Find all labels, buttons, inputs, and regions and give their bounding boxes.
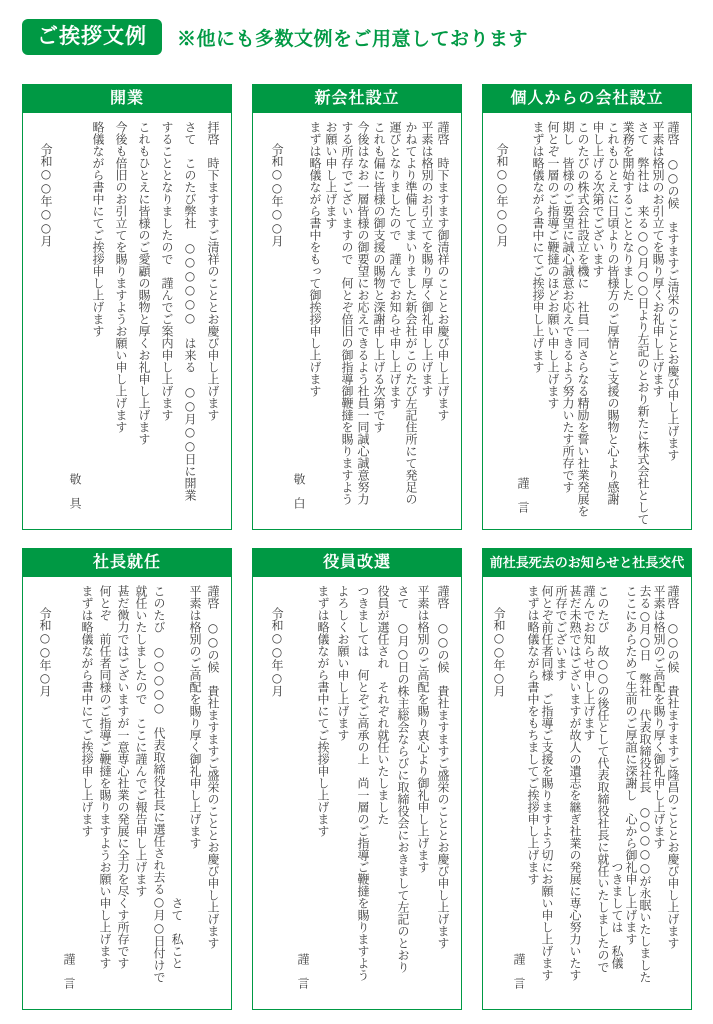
letter-text-line: まずは略儀ながら書中にてご挨拶申し上げます bbox=[316, 585, 329, 837]
letter-example-card: 前社長死去のお知らせと社長交代 謹啓 ○○の候 貴社ますますご隆昌のこととお慶び… bbox=[482, 548, 692, 1010]
letter-text-line: 業務を開始することとなりました bbox=[621, 121, 634, 301]
letter-text-line: つきましては 何とぞご高承の上 尚一層のご指導ご鞭撻を賜りますよう bbox=[356, 585, 369, 981]
letter-example-card: 新会社設立 謹啓 時下ますます御清祥のこととお慶び申し上げます平素は格別のお引立… bbox=[252, 84, 462, 530]
letter-example-card: 社長就任 謹啓 ○○の候 貴社ますますご盛栄のこととお慶び申し上げます平素は格別… bbox=[22, 548, 232, 1010]
letter-text-line: このたび 故○○の後任として代表取締役社長に就任いたしましたので bbox=[596, 585, 609, 973]
card-title: 社長就任 bbox=[23, 549, 231, 577]
letter-text-line: 拝啓 時下ますますご清祥のこととお慶び申し上げます bbox=[206, 121, 219, 421]
letter-date-line: 令和○○年○○月 bbox=[495, 121, 508, 247]
letter-text-line: まずは略儀ながら書中にてご挨拶申し上げます bbox=[80, 585, 93, 837]
letter-text-line: する所存でございますので 何とぞ倍旧の御指導御鞭撻を賜りますよう bbox=[340, 121, 353, 505]
letter-text-line: まずは略儀ながら書中にてご挨拶申し上げます bbox=[531, 121, 544, 373]
letter-date-line: 令和○○年○月 bbox=[492, 585, 505, 697]
letter-text-line: 期し 皆様のご要望に誠心誠意お応えできるよう努力いたす所存です bbox=[561, 121, 574, 493]
letter-text-line: さて 私こと bbox=[170, 897, 183, 1001]
letter-text-line: 甚だ未熟ではございますが故人の遺志を継ぎ社業の発展に専心努力いたす bbox=[568, 585, 581, 981]
letter-text-line: さて ○月○日の株主総会ならびに取締役会におきまして左記のとおり bbox=[396, 585, 409, 973]
letter-text-line: つきましては 私儀 bbox=[610, 861, 623, 1001]
card-body: 謹啓 時下ますます御清祥のこととお慶び申し上げます平素は格別のお引立てを賜り厚く… bbox=[253, 113, 461, 529]
letter-text-line: これもひとえに皆様のご愛顧の賜物と厚くお礼申し上げます bbox=[137, 121, 150, 445]
card-title: 開業 bbox=[23, 85, 231, 113]
letter-text-line: 運びとなりましたので 謹んでお知らせ申し上げます bbox=[388, 121, 401, 409]
card-title: 前社長死去のお知らせと社長交代 bbox=[483, 549, 691, 577]
letter-example-card: 個人からの会社設立 謹啓 ○○の候 ますますご清栄のこととお慶び申し上げます平素… bbox=[482, 84, 692, 530]
letter-date-line: 令和○○年○○月 bbox=[270, 121, 283, 247]
letter-text-line: さて 弊社は 来る○○月○○日より左記のとおり新たに株式会社として bbox=[636, 121, 649, 525]
letter-text-line: 謹啓 ○○の候 貴社ますますご隆昌のこととお慶び申し上げます bbox=[666, 585, 679, 949]
letter-example-card: 開業 拝啓 時下ますますご清祥のこととお慶び申し上げますさて このたび弊社 ○○… bbox=[22, 84, 232, 530]
card-title: 個人からの会社設立 bbox=[483, 85, 691, 113]
letter-text-line: 略儀ながら書中にてご挨拶申し上げます bbox=[91, 121, 104, 337]
letter-examples-grid: 開業 拝啓 時下ますますご清祥のこととお慶び申し上げますさて このたび弊社 ○○… bbox=[22, 84, 691, 1010]
letter-text-line: 就任いたしましたので ここに謹んでご報告申し上げます bbox=[134, 585, 147, 897]
letter-text-line: 平素は格別のご高配を賜り衷心より御礼申し上げます bbox=[416, 585, 429, 873]
letter-text-line: 謹啓 ○○の候 貴社ますますご盛栄のこととお慶び申し上げます bbox=[206, 585, 219, 949]
letter-text-line: 申し上げる次第でございます bbox=[591, 121, 604, 277]
card-title: 新会社設立 bbox=[253, 85, 461, 113]
letter-text-line: まずは略儀ながら書中をもちましてご挨拶申し上げます bbox=[526, 585, 539, 885]
card-body: 謹啓 ○○の候 ますますご清栄のこととお慶び申し上げます平素は格別のお引立てを賜… bbox=[483, 113, 691, 533]
letter-text-line: よろしくお願い申し上げます bbox=[336, 585, 349, 741]
letter-text-line: これもひとえに日頃よりの皆様方のご厚情とご支援の賜物と心より感謝 bbox=[606, 121, 619, 505]
letter-closing-line: 敬 具 bbox=[68, 473, 81, 521]
letter-text-line: さて このたび弊社 ○○○○○○ は来る ○○月○○日に開業 bbox=[183, 121, 196, 501]
letter-text-line: 平素は格別のお引立てを賜り厚くお礼申し上げます bbox=[651, 121, 664, 397]
letter-text-line: 去る○月○日 弊社 代表取締役社長 ○○○○○が永眠いたしました bbox=[638, 585, 651, 983]
letter-date-line: 令和○○年○月 bbox=[38, 585, 51, 697]
card-body: 謹啓 ○○の候 貴社ますますご盛栄のこととお慶び申し上げます平素は格別のご高配を… bbox=[253, 577, 461, 1009]
letter-text-line: 何とぞ前任者同様 ご指導ご支援を賜りますよう切にお願い申し上げます bbox=[540, 585, 553, 981]
letter-text-line: このたびの株式会社設立を機に 社員一同さらなる精励を誓い社業発展を bbox=[576, 121, 589, 517]
letter-text-line: することとなりましたので 謹んでご案内申し上げます bbox=[160, 121, 173, 421]
card-title: 役員改選 bbox=[253, 549, 461, 577]
letter-closing-line: 謹 言 bbox=[516, 477, 529, 525]
letter-date-line: 令和○○年○月 bbox=[270, 585, 283, 697]
letter-date-line: 令和○○年○○月 bbox=[39, 121, 52, 247]
letter-text-line: 役員が選任され それぞれ就任いたしました bbox=[376, 585, 389, 825]
page-title-badge: ご挨拶文例 bbox=[22, 19, 162, 55]
letter-text-line: ここにあらためて生前のご厚誼に深謝し 心から御礼申し上げます bbox=[624, 585, 637, 945]
letter-text-line: 平素は格別のお引立てを賜り厚く御礼申し上げます bbox=[420, 121, 433, 397]
letter-text-line: 謹んでお知らせ申し上げます bbox=[582, 585, 595, 741]
letter-text-line: このたび ○○○○○ 代表取締役社長に選任され去る○月○日付けで bbox=[152, 585, 165, 983]
letter-text-line: かねてより準備してまいりました新会社がこのたび左記住所にて発足の bbox=[404, 121, 417, 505]
page-note: ※他にも多数文例をご用意しております bbox=[177, 24, 528, 51]
letter-example-card: 役員改選 謹啓 ○○の候 貴社ますますご盛栄のこととお慶び申し上げます平素は格別… bbox=[252, 548, 462, 1010]
letter-closing-line: 敬 白 bbox=[292, 473, 305, 521]
letter-text-line: 謹啓 ○○の候 ますますご清栄のこととお慶び申し上げます bbox=[666, 121, 679, 461]
card-body: 謹啓 ○○の候 貴社ますますご隆昌のこととお慶び申し上げます平素は格別のご高配を… bbox=[483, 577, 691, 1009]
letter-text-line: 平素は格別のご高配を賜り厚く御礼申し上げます bbox=[652, 585, 665, 849]
letter-closing-line: 謹 言 bbox=[296, 953, 309, 1001]
letter-text-line: これも偏に皆様の御支援の賜物と深謝申し上げる次第です bbox=[372, 121, 385, 433]
letter-text-line: 謹啓 時下ますます御清祥のこととお慶び申し上げます bbox=[436, 121, 449, 421]
card-body: 謹啓 ○○の候 貴社ますますご盛栄のこととお慶び申し上げます平素は格別のご高配を… bbox=[23, 577, 231, 1009]
letter-text-line: 甚だ微力ではございますが一意専心社業の発展に全力を尽くす所存です bbox=[116, 585, 129, 969]
letter-text-line: 今後も倍旧のお引立てを賜りますようお願い申し上げます bbox=[114, 121, 127, 433]
letter-text-line: まずは略儀ながら書中をもって御挨拶申し上げます bbox=[308, 121, 321, 397]
letter-closing-line: 謹 言 bbox=[512, 953, 525, 1001]
card-body: 拝啓 時下ますますご清祥のこととお慶び申し上げますさて このたび弊社 ○○○○○… bbox=[23, 113, 231, 529]
letter-text-line: 何とぞ 前任者同様のご指導ご鞭撻を賜りますようお願い申し上げます bbox=[98, 585, 111, 969]
page-header: ご挨拶文例 ※他にも多数文例をご用意しております bbox=[22, 19, 691, 55]
letter-text-line: 平素は格別のご高配を賜り厚く御礼申し上げます bbox=[188, 585, 201, 849]
letter-text-line: 何とぞ一層のご指導ご鞭撻のほどお願い申し上げます bbox=[546, 121, 559, 409]
letter-closing-line: 謹 言 bbox=[62, 953, 75, 1001]
letter-text-line: お願い申し上げます bbox=[324, 121, 337, 229]
letter-text-line: 謹啓 ○○の候 貴社ますますご盛栄のこととお慶び申し上げます bbox=[436, 585, 449, 949]
letter-text-line: 今後はなお一層皆様の御要望にお応えできるよう社員一同誠心誠意努力 bbox=[356, 121, 369, 505]
letter-text-line: 所存でございます bbox=[554, 585, 567, 681]
